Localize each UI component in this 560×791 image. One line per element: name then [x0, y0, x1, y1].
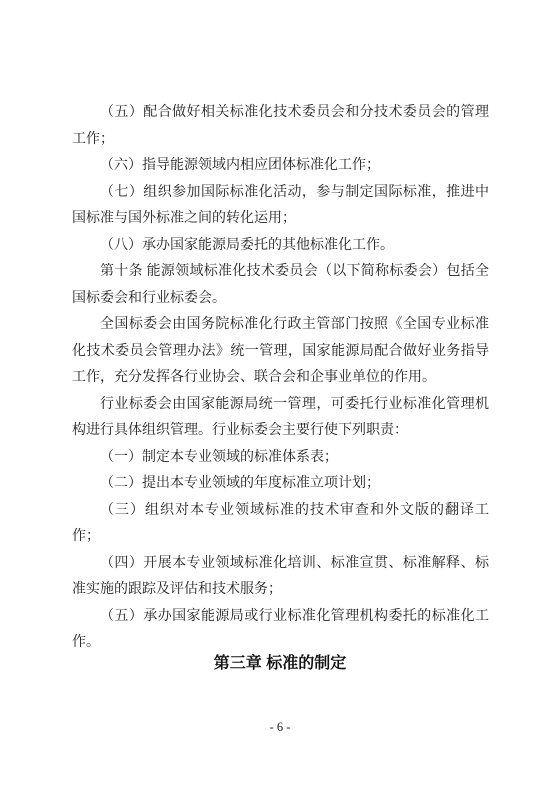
duty-item-2: （二）提出本专业领域的年度标准立项计划； — [72, 471, 489, 498]
list-item-6: （六）指导能源领域内相应团体标准化工作； — [72, 153, 489, 180]
duty-item-4: （四）开展本专业领域标准化培训、标准宣贯、标准解释、标准实施的跟踪及评估和技术服… — [72, 551, 489, 604]
national-committee-paragraph: 全国标委会由国务院标准化行政主管部门按照《全国专业标准化技术委员会管理办法》统一… — [72, 312, 489, 392]
chapter-3-heading: 第三章 标准的制定 — [0, 652, 560, 676]
duty-item-3: （三）组织对本专业领域标准的技术审查和外文版的翻译工作； — [72, 498, 489, 551]
document-body: （五）配合做好相关标准化技术委员会和分技术委员会的管理工作； （六）指导能源领域… — [72, 100, 489, 657]
list-item-8: （八）承办国家能源局委托的其他标准化工作。 — [72, 233, 489, 260]
list-item-7: （七）组织参加国际标准化活动，参与制定国际标准，推进中国标准与国外标准之间的转化… — [72, 180, 489, 233]
list-item-5: （五）配合做好相关标准化技术委员会和分技术委员会的管理工作； — [72, 100, 489, 153]
article-10-paragraph: 第十条 能源领域标准化技术委员会（以下简称标委会）包括全国标委会和行业标委会。 — [72, 259, 489, 312]
duty-item-5: （五）承办国家能源局或行业标准化管理机构委托的标准化工作。 — [72, 604, 489, 657]
duty-item-1: （一）制定本专业领域的标准体系表； — [72, 445, 489, 472]
document-page: （五）配合做好相关标准化技术委员会和分技术委员会的管理工作； （六）指导能源领域… — [0, 0, 560, 791]
industry-committee-paragraph: 行业标委会由国家能源局统一管理，可委托行业标准化管理机构进行具体组织管理。行业标… — [72, 392, 489, 445]
page-number: - 6 - — [0, 718, 560, 736]
